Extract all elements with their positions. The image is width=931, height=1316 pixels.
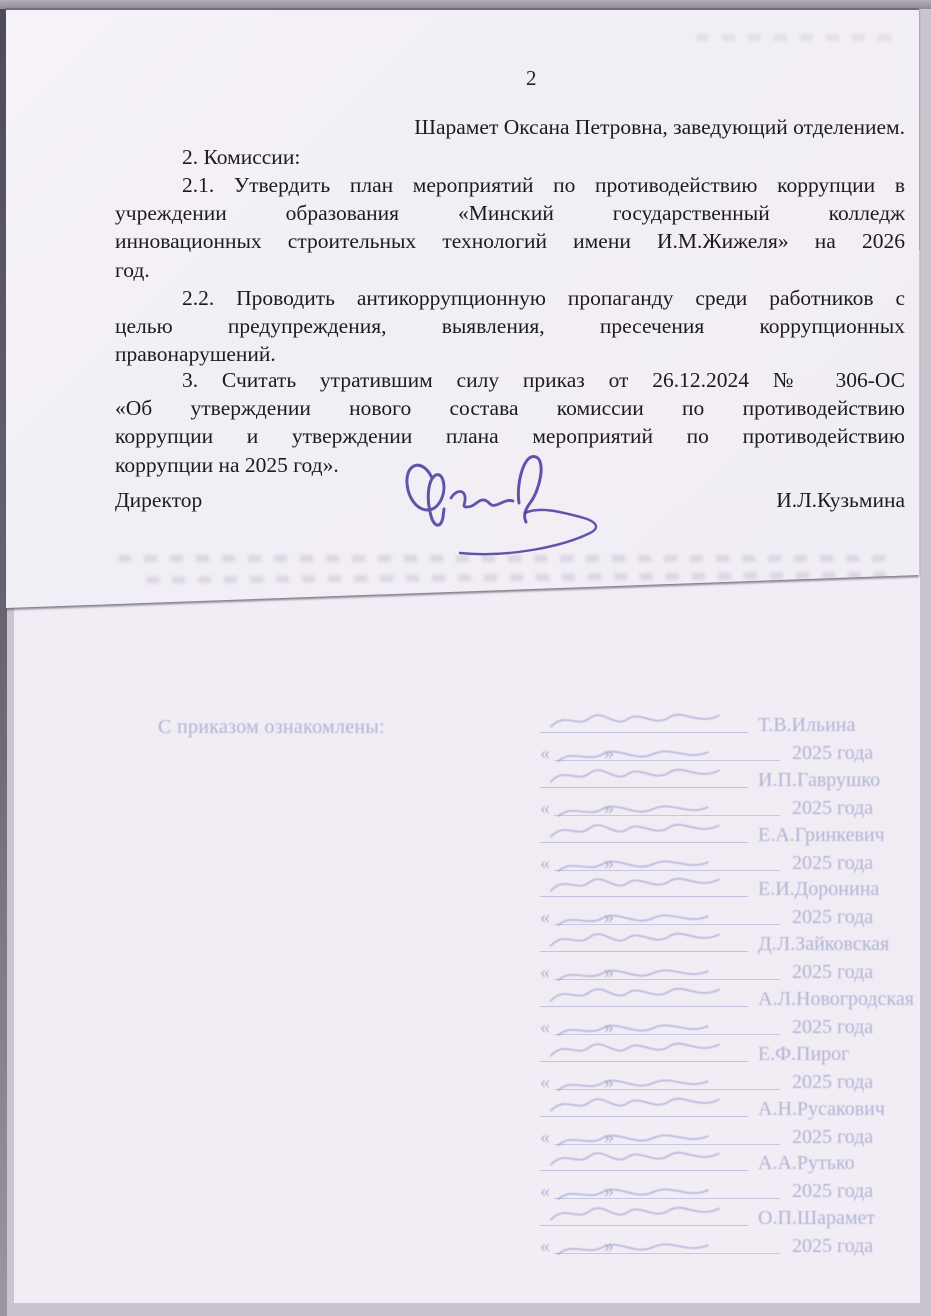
ghost-ack-year: 2025 года — [792, 1016, 873, 1039]
text-line: 3. Считать утратившим силу приказ от 26.… — [115, 366, 905, 394]
ghost-ack-name: Е.А.Гринкевич — [758, 824, 885, 847]
page-number: 2 — [526, 66, 537, 91]
text-line: инновационных строительных технологий им… — [115, 227, 905, 255]
sheet-page-2-wrap: 2 Шарамет Оксана Петровна, заведующий от… — [6, 8, 919, 610]
ghost-date-scribble — [550, 1235, 760, 1261]
ghost-signature-line — [540, 1116, 748, 1117]
ghost-signature-scribble — [546, 1035, 736, 1061]
bleedthrough-smudge — [118, 555, 898, 562]
ghost-ack-name: Е.И.Доронина — [758, 878, 879, 901]
text-line: 2. Комиссии: — [115, 143, 905, 171]
scanned-document: С приказом ознакомлены: Т.В.Ильина « » 2… — [0, 0, 931, 1316]
ghost-ack-name: Е.Ф.Пирог — [758, 1043, 849, 1066]
ghost-ack-year: 2025 года — [792, 1071, 873, 1094]
sheet-page-2: 2 Шарамет Оксана Петровна, заведующий от… — [6, 8, 919, 612]
director-signature-ink — [394, 446, 646, 566]
ghost-ack-name: И.П.Гаврушко — [758, 769, 880, 792]
ghost-date-line: « » 2025 года — [540, 1234, 910, 1261]
bleedthrough-smudge — [146, 571, 886, 583]
ghost-ack-label: С приказом ознакомлены: — [158, 716, 385, 739]
text-line: год. — [115, 256, 905, 284]
ghost-signature-line — [540, 896, 748, 897]
text-line: учреждении образования «Минский государс… — [115, 199, 905, 227]
ghost-ack-name: А.А.Рутько — [758, 1152, 855, 1175]
ghost-signature-scribble — [546, 980, 736, 1006]
paragraph-2-1: 2.1. Утвердить план мероприятий по проти… — [115, 171, 905, 284]
text-line: целью предупреждения, выявления, пресече… — [115, 312, 905, 340]
director-title: Директор — [115, 486, 202, 514]
ghost-ack-year: 2025 года — [792, 852, 873, 875]
ghost-ack-name: О.П.Шарамет — [758, 1207, 875, 1230]
ghost-signature-scribble — [546, 1199, 736, 1225]
ghost-signature-scribble — [546, 925, 736, 951]
ghost-ack-year: 2025 года — [792, 1126, 873, 1149]
ghost-ack-rows: Т.В.Ильина « » 2025 года И.П.Гаврушко « … — [540, 714, 910, 1262]
ghost-signature-scribble — [546, 870, 736, 896]
ghost-signature-line — [540, 842, 748, 843]
text-line: правонарушений. — [115, 340, 905, 368]
ghost-signature-line — [540, 1225, 748, 1226]
paragraph-komissii: 2. Комиссии: — [115, 143, 905, 171]
ghost-signature-line — [540, 787, 748, 788]
ghost-ack-year: 2025 года — [792, 961, 873, 984]
ghost-ack-name: Д.Л.Зайковская — [758, 933, 889, 956]
ghost-ack-year: 2025 года — [792, 1235, 873, 1258]
ghost-signature-line — [540, 1061, 748, 1062]
bleedthrough-smudge — [696, 34, 896, 41]
text-line: «Об утверждении нового состава комиссии … — [115, 394, 905, 422]
ghost-ack-year: 2025 года — [792, 906, 873, 929]
ghost-ack-row: О.П.Шарамет « » 2025 года — [540, 1207, 910, 1262]
ghost-ack-year: 2025 года — [792, 1180, 873, 1203]
ghost-signature-scribble — [546, 816, 736, 842]
ghost-signature-line — [540, 1170, 748, 1171]
ghost-signature-scribble — [546, 1144, 736, 1170]
ghost-ack-year: 2025 года — [792, 742, 873, 765]
ghost-signature-scribble — [546, 1090, 736, 1116]
ghost-signature-scribble — [546, 761, 736, 787]
ghost-ack-year: 2025 года — [792, 797, 873, 820]
ghost-ack-name: А.Н.Русакович — [758, 1098, 885, 1121]
text-line: 2.1. Утвердить план мероприятий по проти… — [115, 171, 905, 199]
director-name: И.Л.Кузьмина — [776, 486, 905, 514]
text-line: 2.2. Проводить антикоррупционную пропага… — [115, 284, 905, 312]
continuation-line: Шарамет Оксана Петровна, заведующий отде… — [115, 113, 905, 141]
paragraph-2-2: 2.2. Проводить антикоррупционную пропага… — [115, 284, 905, 369]
ghost-signature-line — [540, 1006, 748, 1007]
ghost-signature-scribble — [546, 706, 736, 732]
ghost-quote-open-icon: « — [540, 1235, 550, 1258]
ghost-ack-name: Т.В.Ильина — [758, 714, 855, 737]
ghost-signature-line — [540, 732, 748, 733]
ghost-signature-line — [540, 951, 748, 952]
ghost-ack-name: А.Л.Новогродская — [758, 988, 914, 1011]
